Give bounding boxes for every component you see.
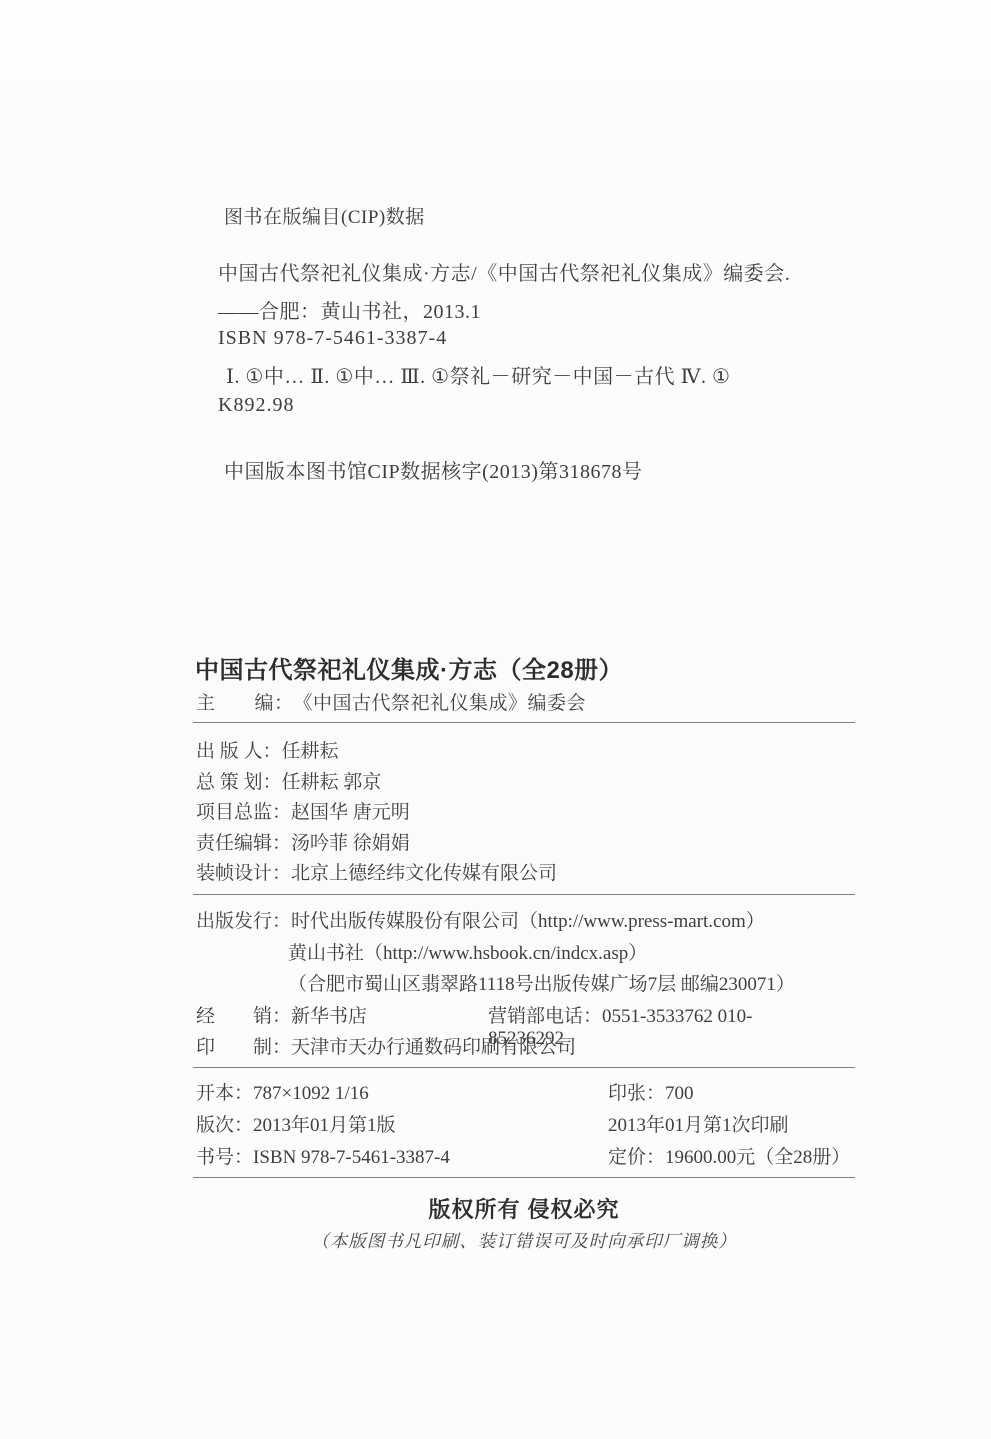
copyright-notice: 版权所有 侵权必究 — [193, 1193, 855, 1224]
publisher-name: 时代出版传媒股份有限公司（http://www.press-mart.com） — [291, 911, 765, 932]
printing-row: 印 制：天津市天办行通数码印刷有限公司 — [196, 1032, 795, 1064]
colophon-row-3: 书号：ISBN 978-7-5461-3387-4 定价：19600.00元（全… — [196, 1142, 856, 1174]
cip-line-isbn: ISBN 978-7-5461-3387-4 — [218, 327, 447, 350]
cip-line-call-number: K892.98 — [218, 394, 294, 417]
staff-label: 总 策 划： — [196, 767, 282, 794]
book-copyright-page: 图书在版编目(CIP)数据 中国古代祭祀礼仪集成·方志/《中国古代祭祀礼仪集成》… — [0, 0, 991, 1439]
sheets-label: 印张： — [608, 1078, 665, 1105]
publisher-address: （合肥市蜀山区翡翠路1118号出版传媒广场7层 邮编230071） — [288, 974, 795, 995]
staff-row-project-director: 项目总监：赵国华 唐元明 — [196, 797, 557, 828]
edition-label: 版次： — [196, 1110, 253, 1137]
staff-value: 任耕耘 — [282, 741, 339, 762]
format-value: 787×1092 1/16 — [253, 1083, 369, 1104]
divider-rule-3 — [193, 1067, 855, 1068]
price-value: 19600.00元（全28册） — [665, 1147, 850, 1168]
publisher-imprint: 黄山书社（http://www.hsbook.cn/indcx.asp） — [288, 943, 647, 964]
staff-value: 赵国华 唐元明 — [291, 802, 410, 823]
divider-rule-4 — [193, 1177, 855, 1178]
staff-row-chief-planner: 总 策 划：任耕耘 郭京 — [196, 767, 557, 798]
cip-line-publisher: ——合肥：黄山书社，2013.1 — [218, 295, 481, 324]
staff-label: 项目总监： — [196, 797, 291, 824]
colophon-row-2: 版次：2013年01月第1版 2013年01月第1次印刷 — [196, 1110, 856, 1142]
cip-line-classification: Ⅰ. ①中… Ⅱ. ①中… Ⅲ. ①祭礼－研究－中国－古代 Ⅳ. ① — [226, 360, 730, 389]
cip-line-title: 中国古代祭祀礼仪集成·方志/《中国古代祭祀礼仪集成》编委会. — [218, 257, 790, 286]
staff-value: 汤吟菲 徐娟娟 — [291, 833, 410, 854]
exchange-notice: （本版图书凡印刷、装订错误可及时向承印厂调换） — [193, 1228, 855, 1253]
staff-label: 装帧设计： — [196, 858, 291, 885]
colophon-block: 开本：787×1092 1/16 印张：700 版次：2013年01月第1版 2… — [196, 1078, 856, 1174]
isbn-value: ISBN 978-7-5461-3387-4 — [253, 1147, 450, 1168]
cip-header: 图书在版编目(CIP)数据 — [224, 202, 425, 229]
staff-value: 北京上德经纬文化传媒有限公司 — [291, 863, 557, 884]
page-title: 中国古代祭祀礼仪集成·方志（全28册） — [195, 650, 623, 685]
impression-value: 2013年01月第1次印刷 — [608, 1115, 789, 1136]
price-label: 定价： — [608, 1142, 665, 1169]
distribution-value: 新华书店 — [291, 1006, 367, 1027]
chief-editor-label: 主 编： — [196, 688, 294, 715]
chief-editor-line: 主 编：《中国古代祭祀礼仪集成》编委会 — [196, 688, 586, 715]
publisher-label: 出版发行： — [196, 906, 291, 933]
chief-editor-value: 《中国古代祭祀礼仪集成》编委会 — [294, 693, 587, 714]
distribution-row: 经 销：新华书店 营销部电话：0551-3533762 010-85236292 — [196, 1001, 795, 1033]
printing-value: 天津市天办行通数码印刷有限公司 — [291, 1037, 576, 1058]
edition-value: 2013年01月第1版 — [253, 1115, 396, 1136]
price-cell: 定价：19600.00元（全28册） — [608, 1142, 850, 1169]
staff-credits: 出 版 人：任耕耘 总 策 划：任耕耘 郭京 项目总监：赵国华 唐元明 责任编辑… — [196, 736, 557, 889]
colophon-row-1: 开本：787×1092 1/16 印张：700 — [196, 1078, 856, 1110]
impression-cell: 2013年01月第1次印刷 — [608, 1110, 789, 1137]
publisher-row: 出版发行：时代出版传媒股份有限公司（http://www.press-mart.… — [196, 906, 795, 938]
staff-label: 出 版 人： — [196, 736, 282, 763]
cip-registration-number: 中国版本图书馆CIP数据核字(2013)第318678号 — [224, 455, 642, 484]
staff-value: 任耕耘 郭京 — [282, 772, 382, 793]
isbn-label: 书号： — [196, 1142, 253, 1169]
divider-rule-2 — [193, 894, 855, 895]
staff-label: 责任编辑： — [196, 828, 291, 855]
sheets-cell: 印张：700 — [608, 1078, 694, 1105]
divider-rule-1 — [193, 722, 855, 723]
staff-row-responsible-editor: 责任编辑：汤吟菲 徐娟娟 — [196, 828, 557, 859]
staff-row-publisher-person: 出 版 人：任耕耘 — [196, 736, 557, 767]
publisher-row-2: 黄山书社（http://www.hsbook.cn/indcx.asp） — [196, 938, 795, 970]
format-label: 开本： — [196, 1078, 253, 1105]
sheets-value: 700 — [665, 1083, 694, 1104]
publishing-info: 出版发行：时代出版传媒股份有限公司（http://www.press-mart.… — [196, 906, 795, 1064]
publisher-address-row: （合肥市蜀山区翡翠路1118号出版传媒广场7层 邮编230071） — [196, 969, 795, 1001]
printing-label: 印 制： — [196, 1032, 291, 1059]
staff-row-binding-design: 装帧设计：北京上德经纬文化传媒有限公司 — [196, 858, 557, 889]
distribution-label: 经 销： — [196, 1001, 291, 1028]
